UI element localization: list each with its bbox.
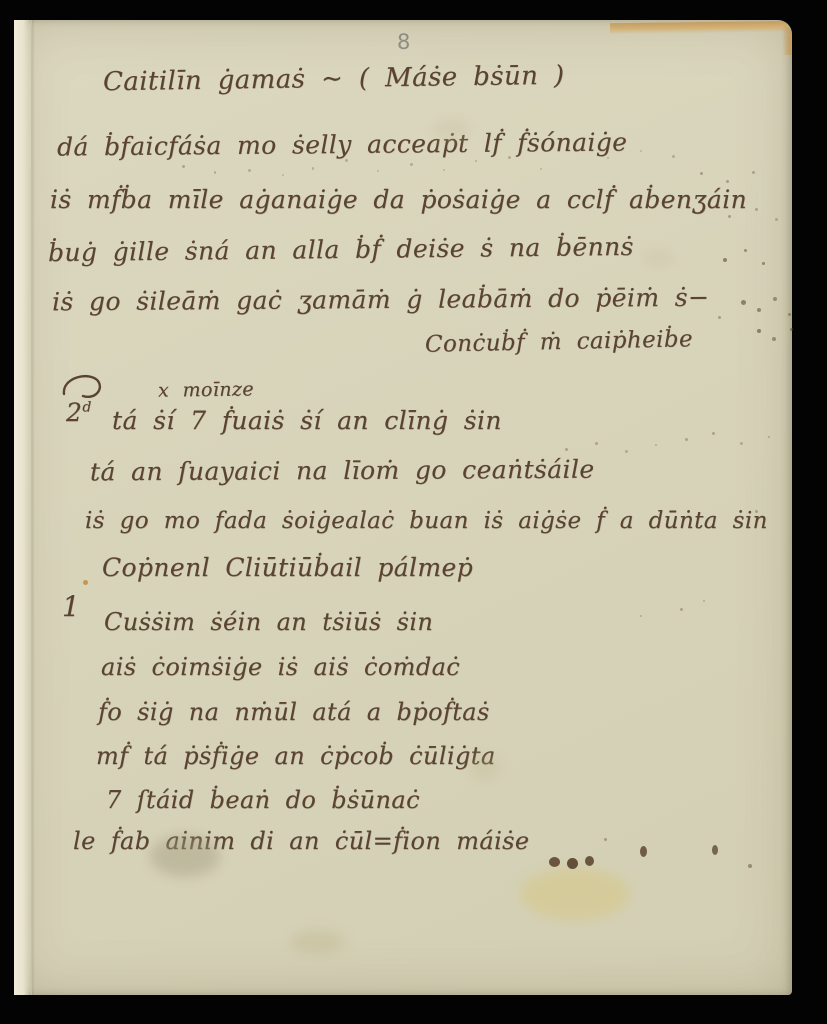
ink-blot xyxy=(443,169,445,171)
ink-blot xyxy=(773,297,777,301)
ink-blot xyxy=(735,516,738,519)
manuscript-scan-background: 8 Caitilīn ġamaṡ ~ ( Máṡe bṡūn ) dá ḃfai… xyxy=(0,0,827,1024)
ink-blot xyxy=(772,337,776,341)
ink-blot xyxy=(565,448,568,451)
ink-blot xyxy=(312,167,314,170)
ink-blot xyxy=(762,262,765,265)
verse-line: Cuṡṡim ṡéin an tṡiūṡ ṡin xyxy=(104,608,433,636)
ink-blot xyxy=(755,208,758,211)
ink-blot xyxy=(640,846,647,857)
paper-stain xyxy=(150,835,220,877)
stanza-number: 2 xyxy=(66,398,82,427)
ink-blot xyxy=(549,857,560,867)
ink-blot xyxy=(723,258,727,262)
verse-line: iṡ mḟḃa mīle aġanaiġe da ṗoṡaiġe a cclḟ … xyxy=(50,185,747,214)
ink-blot xyxy=(625,450,628,453)
ink-blot xyxy=(790,328,793,331)
ink-blot xyxy=(282,174,284,176)
ink-blot xyxy=(700,172,703,175)
ink-blot xyxy=(377,170,379,172)
verse-line: le ḟab ainim di an ċūl=ḟion máiṡe xyxy=(73,827,530,855)
ink-blot xyxy=(741,300,746,305)
ink-blot xyxy=(718,316,721,319)
ink-blot xyxy=(607,157,609,159)
ink-blot xyxy=(214,171,216,174)
ink-blot xyxy=(640,615,642,617)
ink-blot xyxy=(757,308,761,312)
ink-blot xyxy=(595,442,598,445)
verse-line: tá ṡí 7 ḟuaiṡ ṡí an clīnġ ṡin xyxy=(112,406,502,435)
ink-blot xyxy=(703,600,705,602)
ink-blot xyxy=(680,608,683,611)
ink-blot xyxy=(248,169,251,172)
ink-blot xyxy=(712,432,715,435)
verse-line: iṡ go ṡileāṁ gaċ ʒamāṁ ġ leaḃāṁ do ṗēiṁ … xyxy=(52,283,710,317)
ink-blot xyxy=(775,218,778,221)
page-binding-edge xyxy=(14,20,32,995)
stanza-number-marker: 1 xyxy=(62,590,80,623)
verse-line: ḟo ṡiġ na nṁūl atá a bṗoḟtaṡ xyxy=(98,698,490,726)
ink-blot xyxy=(83,580,88,585)
verse-line: ḃuġ ġille ṡná an alla ḃḟ deiṡe ṡ na ḃēnn… xyxy=(48,232,634,267)
ink-blot xyxy=(345,159,348,162)
ink-blot xyxy=(540,168,542,170)
folio-number: 8 xyxy=(397,30,410,54)
ink-blot xyxy=(752,171,755,174)
verse-line: tá an ſuayaici na līoṁ go ceaṅtṡáile xyxy=(90,455,595,487)
ink-blot xyxy=(685,438,688,441)
ink-blot xyxy=(672,155,675,158)
ink-blot xyxy=(757,329,761,333)
verse-line: dá ḃfaicfáṡa mo ṡelly acceaṗt lḟ ḟṡónaiġ… xyxy=(57,128,628,162)
ink-blot xyxy=(655,444,657,446)
ink-blot xyxy=(410,163,413,166)
margin-note: x moīnze xyxy=(158,378,254,401)
ink-blot xyxy=(726,180,729,183)
ink-blot xyxy=(712,845,718,855)
verse-line: 7 ſtáid ḃeaṅ do ḃṡūnaċ xyxy=(106,786,420,814)
ink-blot xyxy=(475,160,477,162)
page-corner-curl xyxy=(610,21,790,34)
ink-blot xyxy=(567,858,578,869)
paper-stain xyxy=(290,930,345,954)
ink-blot xyxy=(744,249,747,252)
verse-line: aiṡ ċoimṡiġe iṡ aiṡ ċoṁdaċ xyxy=(101,653,460,681)
paper-stain xyxy=(640,248,676,268)
stanza-number-marker: 2d xyxy=(66,398,92,427)
ink-blot xyxy=(700,210,703,213)
paper-stain xyxy=(470,755,500,781)
ink-blot xyxy=(574,149,577,152)
ink-blot xyxy=(182,165,185,168)
ink-blot xyxy=(740,442,743,445)
ink-blot xyxy=(788,313,791,316)
ink-blot xyxy=(728,215,731,218)
verse-line: mḟ tá ṗṡḟiġe an ċṗcoḃ ċūliġta xyxy=(96,742,496,770)
ink-blot xyxy=(585,856,594,866)
ink-blot xyxy=(748,864,752,868)
ink-blot xyxy=(640,150,642,152)
paper-stain xyxy=(430,118,472,140)
verse-line: iṡ go mo fada ṡoiġealaċ buan iṡ aiġṡe ḟ … xyxy=(85,508,768,534)
paper-stain xyxy=(520,868,630,920)
stanza-number-suffix: d xyxy=(82,400,91,416)
ink-blot xyxy=(768,436,770,438)
verse-line: Coṗnenl Cliūtiūḃail pálmeṗ xyxy=(102,553,473,582)
ink-blot xyxy=(508,156,511,159)
ink-blot xyxy=(755,510,758,513)
ink-blot xyxy=(604,838,607,841)
